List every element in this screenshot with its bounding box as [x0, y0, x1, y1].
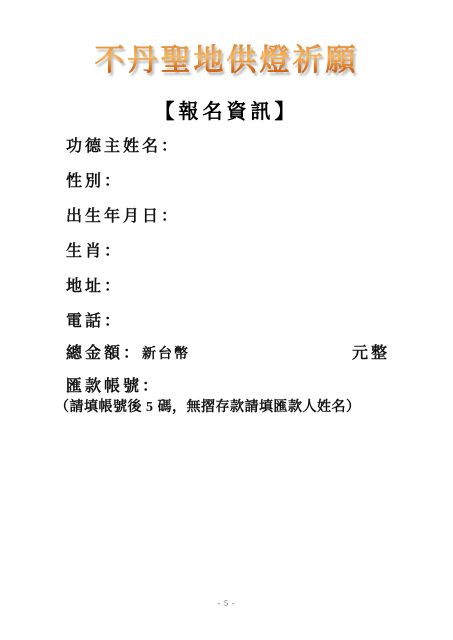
- total-amount-left: 總金額： 新台幣: [66, 345, 190, 364]
- page-number: - 5 -: [0, 599, 453, 608]
- total-amount-label: 總金額：: [66, 345, 142, 363]
- currency-label: 新台幣: [142, 346, 190, 364]
- field-label-zodiac: 生肖：: [66, 243, 453, 261]
- section-heading: 【報名資訊】: [0, 100, 453, 125]
- field-label-birthdate: 出生年月日：: [66, 208, 453, 226]
- field-label-gender: 性別：: [66, 173, 453, 191]
- registration-form: 功德主姓名： 性別： 出生年月日： 生肖： 地址： 電話： 總金額： 新台幣 元…: [66, 138, 453, 416]
- amount-unit-label: 元整: [352, 345, 390, 363]
- page-title: 不丹聖地供燈祈願: [0, 44, 453, 78]
- total-amount-row: 總金額： 新台幣 元整: [66, 345, 390, 364]
- field-label-phone: 電話：: [66, 313, 453, 331]
- remittance-account-label: 匯款帳號：: [66, 378, 453, 396]
- remittance-account-note: （請填帳號後 5 碼，無摺存款請填匯款人姓名）: [55, 400, 453, 416]
- field-label-benefactor-name: 功德主姓名：: [66, 138, 453, 156]
- field-label-address: 地址：: [66, 278, 453, 296]
- document-page: 不丹聖地供燈祈願 【報名資訊】 功德主姓名： 性別： 出生年月日： 生肖： 地址…: [0, 0, 453, 640]
